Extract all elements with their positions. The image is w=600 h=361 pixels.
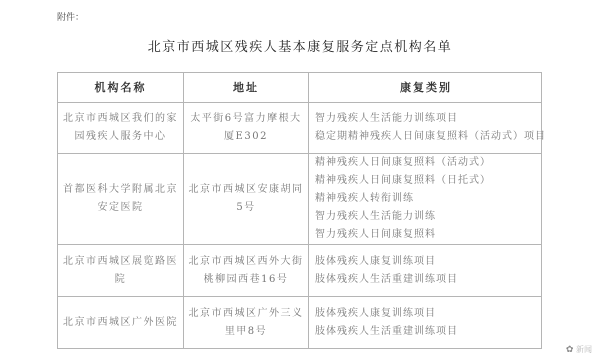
service-item: 智力残疾人生活能力训练项目 [315, 110, 537, 128]
table-row: 北京市西城区我们的家园残疾人服务中心 太平街6号富力摩根大厦E302 智力残疾人… [58, 103, 542, 154]
institution-name: 北京市西城区我们的家园残疾人服务中心 [58, 103, 184, 154]
service-list: 智力残疾人生活能力训练项目 稳定期精神残疾人日间康复照料（活动式）项目 [309, 103, 542, 154]
service-list: 精神残疾人日间康复照料（活动式） 精神残疾人日间康复照料（日托式） 精神残疾人转… [309, 154, 542, 245]
service-list: 肢体残疾人康复训练项目 肢体残疾人生活重建训练项目 [309, 245, 542, 297]
service-item: 肢体残疾人生活重建训练项目 [315, 271, 537, 289]
header-services: 康复类别 [309, 73, 542, 103]
institution-address: 北京市西城区广外三义里甲8号 [184, 297, 309, 349]
watermark-text: 新闻 [576, 345, 592, 354]
institution-address: 北京市西城区西外大街桃柳园西巷16号 [184, 245, 309, 297]
institution-name: 北京市西城区广外医院 [58, 297, 184, 349]
service-item: 精神残疾人日间康复照料（日托式） [315, 172, 537, 190]
service-item: 肢体残疾人康复训练项目 [315, 305, 537, 323]
attachment-label: 附件： [57, 10, 84, 23]
table-row: 北京市西城区广外医院 北京市西城区广外三义里甲8号 肢体残疾人康复训练项目 肢体… [58, 297, 542, 349]
table-row: 北京市西城区展览路医院 北京市西城区西外大街桃柳园西巷16号 肢体残疾人康复训练… [58, 245, 542, 297]
document-title: 北京市西城区残疾人基本康复服务定点机构名单 [0, 36, 600, 55]
service-item: 肢体残疾人生活重建训练项目 [315, 323, 537, 341]
service-item: 智力残疾人日间康复照料 [315, 226, 537, 244]
service-item: 智力残疾人生活能力训练 [315, 208, 537, 226]
service-item: 精神残疾人日间康复照料（活动式） [315, 154, 537, 172]
service-item: 稳定期精神残疾人日间康复照料（活动式）项目 [315, 128, 537, 146]
table-row: 首都医科大学附属北京安定医院 北京市西城区安康胡同5号 精神残疾人日间康复照料（… [58, 154, 542, 245]
flower-logo-icon: ✿ [566, 345, 574, 355]
header-name: 机构名称 [58, 73, 184, 103]
institution-table: 机构名称 地址 康复类别 北京市西城区我们的家园残疾人服务中心 太平街6号富力摩… [57, 72, 542, 349]
institution-name: 北京市西城区展览路医院 [58, 245, 184, 297]
institution-name: 首都医科大学附属北京安定医院 [58, 154, 184, 245]
header-address: 地址 [184, 73, 309, 103]
service-list: 肢体残疾人康复训练项目 肢体残疾人生活重建训练项目 [309, 297, 542, 349]
watermark: ✿ 新闻 [566, 344, 592, 355]
table-header-row: 机构名称 地址 康复类别 [58, 73, 542, 103]
institution-address: 太平街6号富力摩根大厦E302 [184, 103, 309, 154]
institution-address: 北京市西城区安康胡同5号 [184, 154, 309, 245]
service-item: 精神残疾人转衔训练 [315, 190, 537, 208]
service-item: 肢体残疾人康复训练项目 [315, 253, 537, 271]
